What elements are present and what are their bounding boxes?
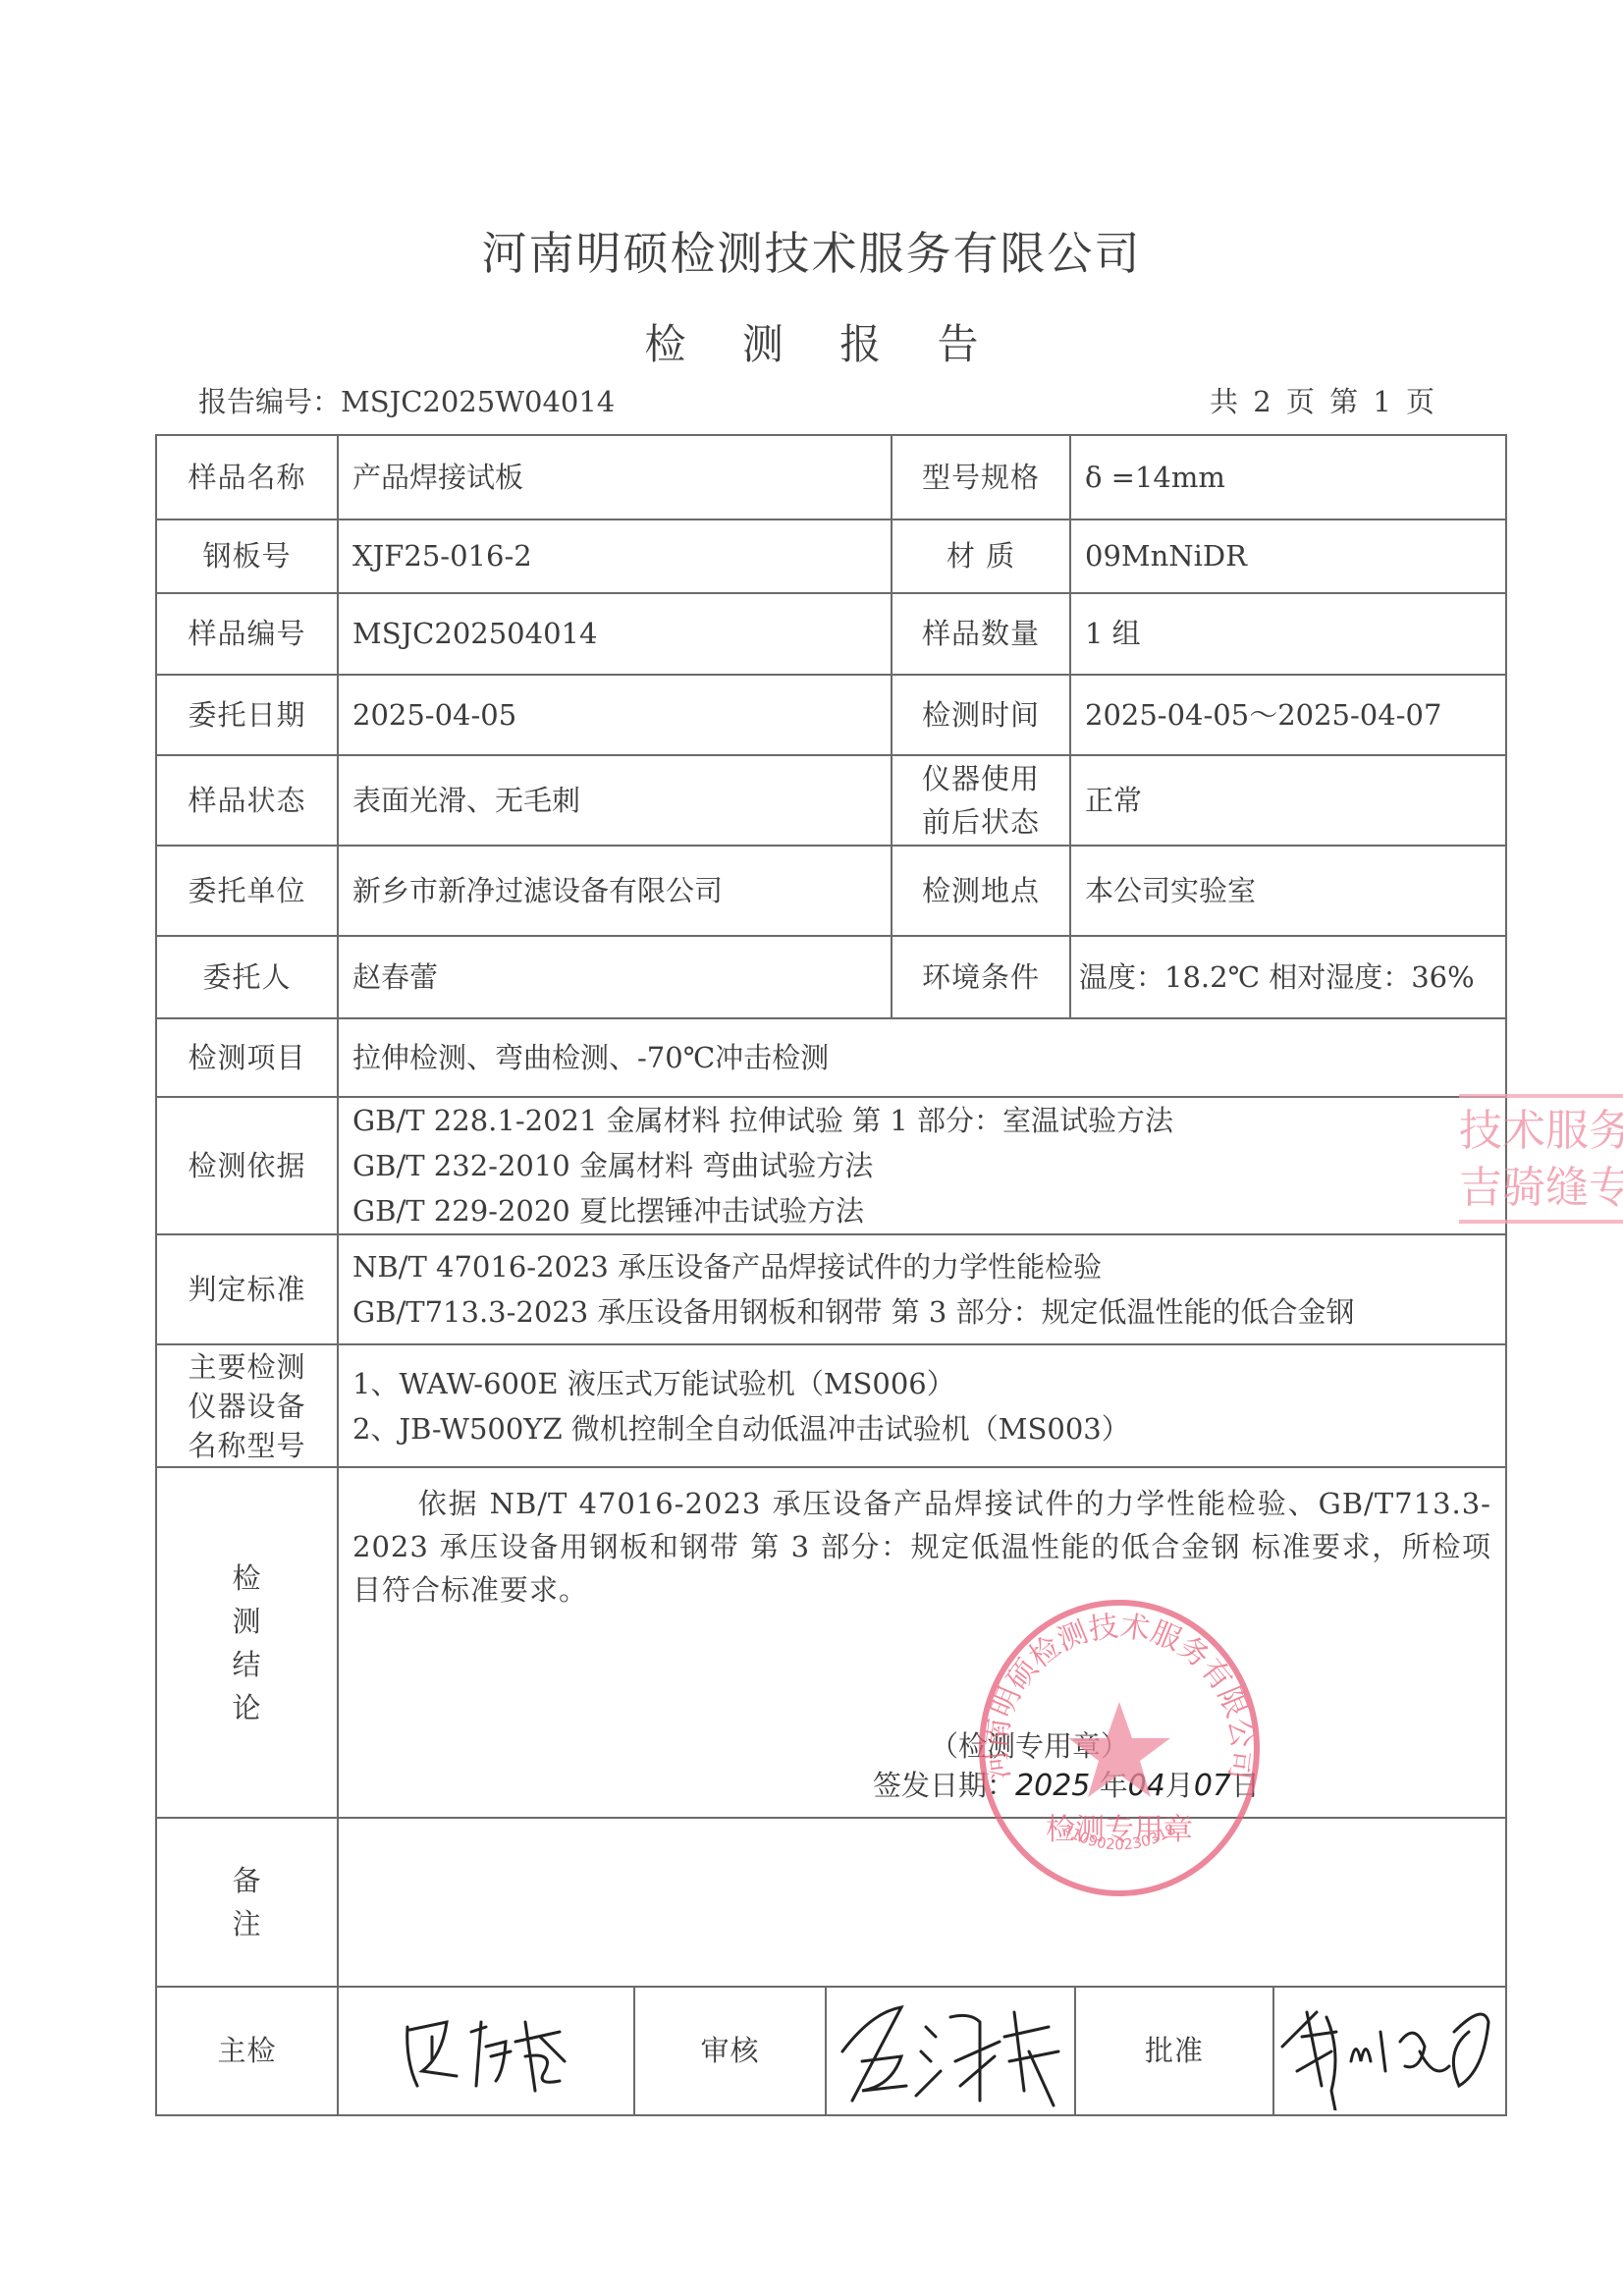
label-remarks-char: 注 [171,1902,323,1945]
label-equipment: 主要检测 仪器设备 名称型号 [156,1344,338,1467]
label-model-spec: 型号规格 [892,435,1070,519]
label-criteria: 判定标准 [156,1234,338,1344]
value-plate-no: XJF25-016-2 [338,519,892,593]
value-sample-qty: 1 组 [1070,593,1506,675]
value-test-time: 2025-04-05～2025-04-07 [1070,675,1506,755]
label-inspector: 主检 [156,1987,338,2115]
label-equipment-line: 仪器设备 [171,1387,323,1426]
value-equipment: 1、WAW-600E 液压式万能试验机（MS006） 2、JB-W500YZ 微… [338,1344,1506,1467]
table-row: 委托日期 2025-04-05 检测时间 2025-04-05～2025-04-… [156,675,1506,755]
test-basis-item: GB/T 232-2010 金属材料 弯曲试验方法 [352,1143,1491,1188]
signature-reviewer [826,1987,1075,2115]
label-instrument-status-line1: 仪器使用 [906,757,1055,800]
label-material: 材 质 [892,519,1070,593]
label-test-location: 检测地点 [892,846,1070,936]
label-equipment-line: 主要检测 [171,1347,323,1387]
label-conclusion-char: 测 [171,1600,323,1643]
report-number-value: MSJC2025W04014 [341,385,615,418]
label-conclusion-char: 论 [171,1686,323,1729]
equipment-item: 1、WAW-600E 液压式万能试验机（MS006） [352,1361,1491,1406]
value-test-basis: GB/T 228.1-2021 金属材料 拉伸试验 第 1 部分：室温试验方法 … [338,1097,1506,1234]
test-basis-item: GB/T 229-2020 夏比摆锤冲击试验方法 [352,1188,1491,1233]
label-test-basis: 检测依据 [156,1097,338,1234]
label-sample-status: 样品状态 [156,755,338,846]
issue-year: 2025 [1015,1769,1090,1803]
value-conclusion: 依据 NB/T 47016-2023 承压设备产品焊接试件的力学性能检验、GB/… [338,1467,1506,1818]
signature-reviewer-icon [833,1993,1068,2110]
issue-date: 签发日期：2025 年04月07日 [873,1765,1260,1808]
table-row: 样品状态 表面光滑、无毛刺 仪器使用 前后状态 正常 [156,755,1506,846]
table-row: 备 注 [156,1818,1506,1987]
table-row: 检测依据 GB/T 228.1-2021 金属材料 拉伸试验 第 1 部分：室温… [156,1097,1506,1234]
label-commission-date: 委托日期 [156,675,338,755]
label-plate-no: 钢板号 [156,519,338,593]
issue-date-label: 签发日期： [873,1769,1015,1802]
label-conclusion: 检 测 结 论 [156,1467,338,1818]
signature-inspector-icon [388,2002,584,2101]
value-commission-date: 2025-04-05 [338,675,892,755]
value-client-person: 赵春蕾 [338,936,892,1018]
value-criteria: NB/T 47016-2023 承压设备产品焊接试件的力学性能检验 GB/T71… [338,1234,1506,1344]
table-row: 钢板号 XJF25-016-2 材 质 09MnNiDR [156,519,1506,593]
label-client-person: 委托人 [156,936,338,1018]
table-row: 检 测 结 论 依据 NB/T 47016-2023 承压设备产品焊接试件的力学… [156,1467,1506,1818]
table-row: 样品名称 产品焊接试板 型号规格 δ =14mm [156,435,1506,519]
label-conclusion-char: 结 [171,1643,323,1686]
label-test-time: 检测时间 [892,675,1070,755]
value-remarks [338,1818,1506,1987]
value-sample-name: 产品焊接试板 [338,435,892,519]
stamp-note: （检测专用章） [930,1725,1129,1767]
value-client: 新乡市新净过滤设备有限公司 [338,846,892,936]
label-sample-name: 样品名称 [156,435,338,519]
value-environment: 温度：18.2℃ 相对湿度：36% [1070,936,1506,1018]
signature-row: 主检 审核 [156,1987,1506,2115]
table-row: 判定标准 NB/T 47016-2023 承压设备产品焊接试件的力学性能检验 G… [156,1234,1506,1344]
equipment-item: 2、JB-W500YZ 微机控制全自动低温冲击试验机（MS003） [352,1406,1491,1451]
report-table: 样品名称 产品焊接试板 型号规格 δ =14mm 钢板号 XJF25-016-2… [155,434,1505,2116]
company-title: 河南明硕检测技术服务有限公司 [0,218,1623,283]
month-unit: 月 [1165,1769,1194,1802]
label-sample-no: 样品编号 [156,593,338,675]
label-reviewer: 审核 [634,1987,826,2115]
table-row: 检测项目 拉伸检测、弯曲检测、-70℃冲击检测 [156,1018,1506,1097]
criteria-item: GB/T713.3-2023 承压设备用钢板和钢带 第 3 部分：规定低温性能的… [352,1289,1491,1335]
criteria-item: NB/T 47016-2023 承压设备产品焊接试件的力学性能检验 [352,1244,1491,1289]
day-unit: 日 [1231,1769,1260,1802]
table-row: 委托单位 新乡市新净过滤设备有限公司 检测地点 本公司实验室 [156,846,1506,936]
label-equipment-line: 名称型号 [171,1426,323,1465]
signature-approver [1273,1987,1506,2115]
value-model-spec: δ =14mm [1070,435,1506,519]
conclusion-text: 依据 NB/T 47016-2023 承压设备产品焊接试件的力学性能检验、GB/… [352,1482,1491,1612]
label-client: 委托单位 [156,846,338,936]
label-remarks: 备 注 [156,1818,338,1987]
label-sample-qty: 样品数量 [892,593,1070,675]
value-test-location: 本公司实验室 [1070,846,1506,936]
label-instrument-status-line2: 前后状态 [906,800,1055,844]
year-unit: 年 [1100,1769,1128,1802]
test-basis-item: GB/T 228.1-2021 金属材料 拉伸试验 第 1 部分：室温试验方法 [352,1098,1491,1143]
report-number-label: 报告编号： [198,385,341,418]
report-title: 检 测 报 告 [0,312,1623,371]
value-test-items: 拉伸检测、弯曲检测、-70℃冲击检测 [338,1018,1506,1097]
label-approver: 批准 [1075,1987,1273,2115]
table-row: 样品编号 MSJC202504014 样品数量 1 组 [156,593,1506,675]
issue-day: 07 [1194,1769,1231,1803]
signature-approver-icon [1277,1993,1503,2110]
label-instrument-status: 仪器使用 前后状态 [892,755,1070,846]
label-environment: 环境条件 [892,936,1070,1018]
value-sample-no: MSJC202504014 [338,593,892,675]
table-row: 委托人 赵春蕾 环境条件 温度：18.2℃ 相对湿度：36% [156,936,1506,1018]
page-info: 共 2 页 第 1 页 [1210,380,1434,420]
signature-inspector [338,1987,634,2115]
table-row: 主要检测 仪器设备 名称型号 1、WAW-600E 液压式万能试验机（MS006… [156,1344,1506,1467]
value-sample-status: 表面光滑、无毛刺 [338,755,892,846]
label-conclusion-char: 检 [171,1557,323,1600]
label-test-items: 检测项目 [156,1018,338,1097]
label-remarks-char: 备 [171,1859,323,1902]
report-number: 报告编号：MSJC2025W04014 [198,380,615,420]
issue-month: 04 [1128,1769,1165,1803]
value-instrument-status: 正常 [1070,755,1506,846]
value-material: 09MnNiDR [1070,519,1506,593]
